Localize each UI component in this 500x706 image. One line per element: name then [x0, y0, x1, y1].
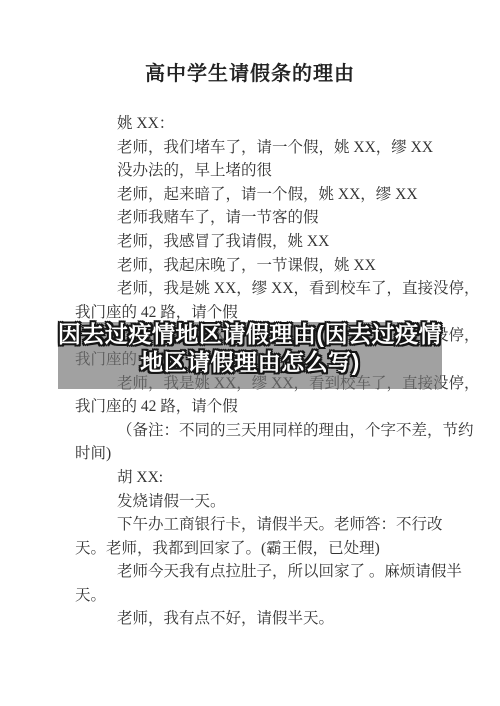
document-line: 老师我赌车了，请一节客的假: [75, 206, 447, 230]
watermark-line2: 地区请假理由怎么写): [0, 348, 500, 376]
document-line: 胡 XX:: [75, 466, 447, 490]
document-line: 老师，我们堵车了，请一个假，姚 XX，缪 XX: [75, 136, 447, 160]
document-line: 天。: [75, 584, 447, 608]
document-line: 天。老师，我都到回家了。(霸王假，已处理): [75, 537, 447, 561]
document-line: 老师，我起床晚了，一节课假，姚 XX: [75, 254, 447, 278]
document-line: 发烧请假一天。: [75, 490, 447, 514]
document-line: 老师，我有点不好，请假半天。: [75, 607, 447, 631]
document-line: 老师，起来暗了，请一个假，姚 XX，缪 XX: [75, 183, 447, 207]
watermark-line1: 因去过疫情地区请假理由(因去过疫情: [0, 320, 500, 348]
document-line: 老师，我感冒了我请假，姚 XX: [75, 230, 447, 254]
document-line: 老师今天我有点拉肚子，所以回家了 。麻烦请假半: [75, 560, 447, 584]
document-line: 时间): [75, 442, 447, 466]
document-line: 姚 XX：: [75, 112, 447, 136]
page-title: 高中学生请假条的理由: [0, 57, 500, 86]
document-line: 我门座的 42 路，请个假: [75, 395, 447, 419]
document-page: 高中学生请假条的理由 姚 XX：老师，我们堵车了，请一个假，姚 XX，缪 XX没…: [0, 0, 500, 706]
document-line: （备注：不同的三天用同样的理由，个字不差，节约: [75, 419, 447, 443]
document-line: 没办法的，早上堵的很: [75, 159, 447, 183]
document-line: 下午办工商银行卡，请假半天。老师答：不行改: [75, 513, 447, 537]
watermark-banner: 因去过疫情地区请假理由(因去过疫情 地区请假理由怎么写): [0, 320, 500, 376]
document-line: 老师，我是姚 XX，缪 XX，看到校车了，直接没停，: [75, 277, 447, 301]
